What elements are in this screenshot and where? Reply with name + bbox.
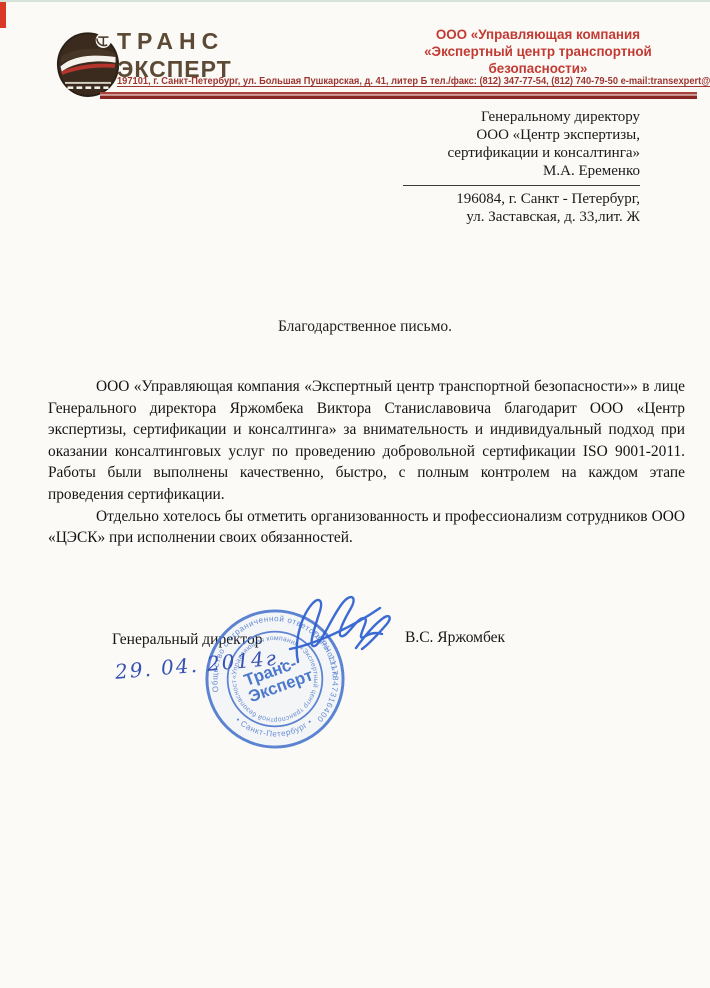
letter-title: Благодарственное письмо. bbox=[0, 318, 710, 336]
letterhead-rule bbox=[100, 92, 697, 99]
company-name-line2: «Экспертный центр транспортной безопасно… bbox=[378, 43, 698, 77]
handwritten-signature bbox=[276, 592, 398, 672]
recipient-line: М.А. Еременко bbox=[403, 162, 640, 180]
company-name-line1: ООО «Управляющая компания bbox=[378, 26, 698, 43]
body-paragraph-1: ООО «Управляющая компания «Экспертный це… bbox=[48, 376, 685, 506]
letterhead-contact-line: 197101, г. Санкт-Петербург, ул. Большая … bbox=[117, 76, 710, 87]
logo-wordmark: ТРАНС ЭКСПЕРТ bbox=[117, 27, 232, 83]
trans-expert-train-logo-icon bbox=[56, 30, 120, 98]
letter-body: ООО «Управляющая компания «Экспертный це… bbox=[48, 376, 685, 549]
recipient-divider bbox=[403, 185, 640, 186]
scan-edge-line bbox=[0, 0, 710, 2]
signature-name: В.С. Яржомбек bbox=[405, 629, 505, 647]
recipient-line: Генеральному директору bbox=[403, 108, 640, 126]
letterhead-company-name: ООО «Управляющая компания «Экспертный це… bbox=[378, 26, 698, 77]
recipient-address-line: ул. Заставская, д. 33,лит. Ж bbox=[403, 208, 640, 226]
scanned-letter-page: ТРАНС ЭКСПЕРТ ООО «Управляющая компания … bbox=[0, 0, 710, 988]
recipient-line: сертификации и консалтинга» bbox=[403, 144, 640, 162]
body-paragraph-2: Отдельно хотелось бы отметить организова… bbox=[48, 506, 685, 549]
scan-artifact-red bbox=[0, 2, 6, 28]
recipient-address-line: 196084, г. Санкт - Петербург, bbox=[403, 190, 640, 208]
logo-word-trans: ТРАНС bbox=[117, 27, 232, 55]
recipient-line: ООО «Центр экспертизы, bbox=[403, 126, 640, 144]
recipient-block: Генеральному директору ООО «Центр экспер… bbox=[403, 108, 640, 226]
